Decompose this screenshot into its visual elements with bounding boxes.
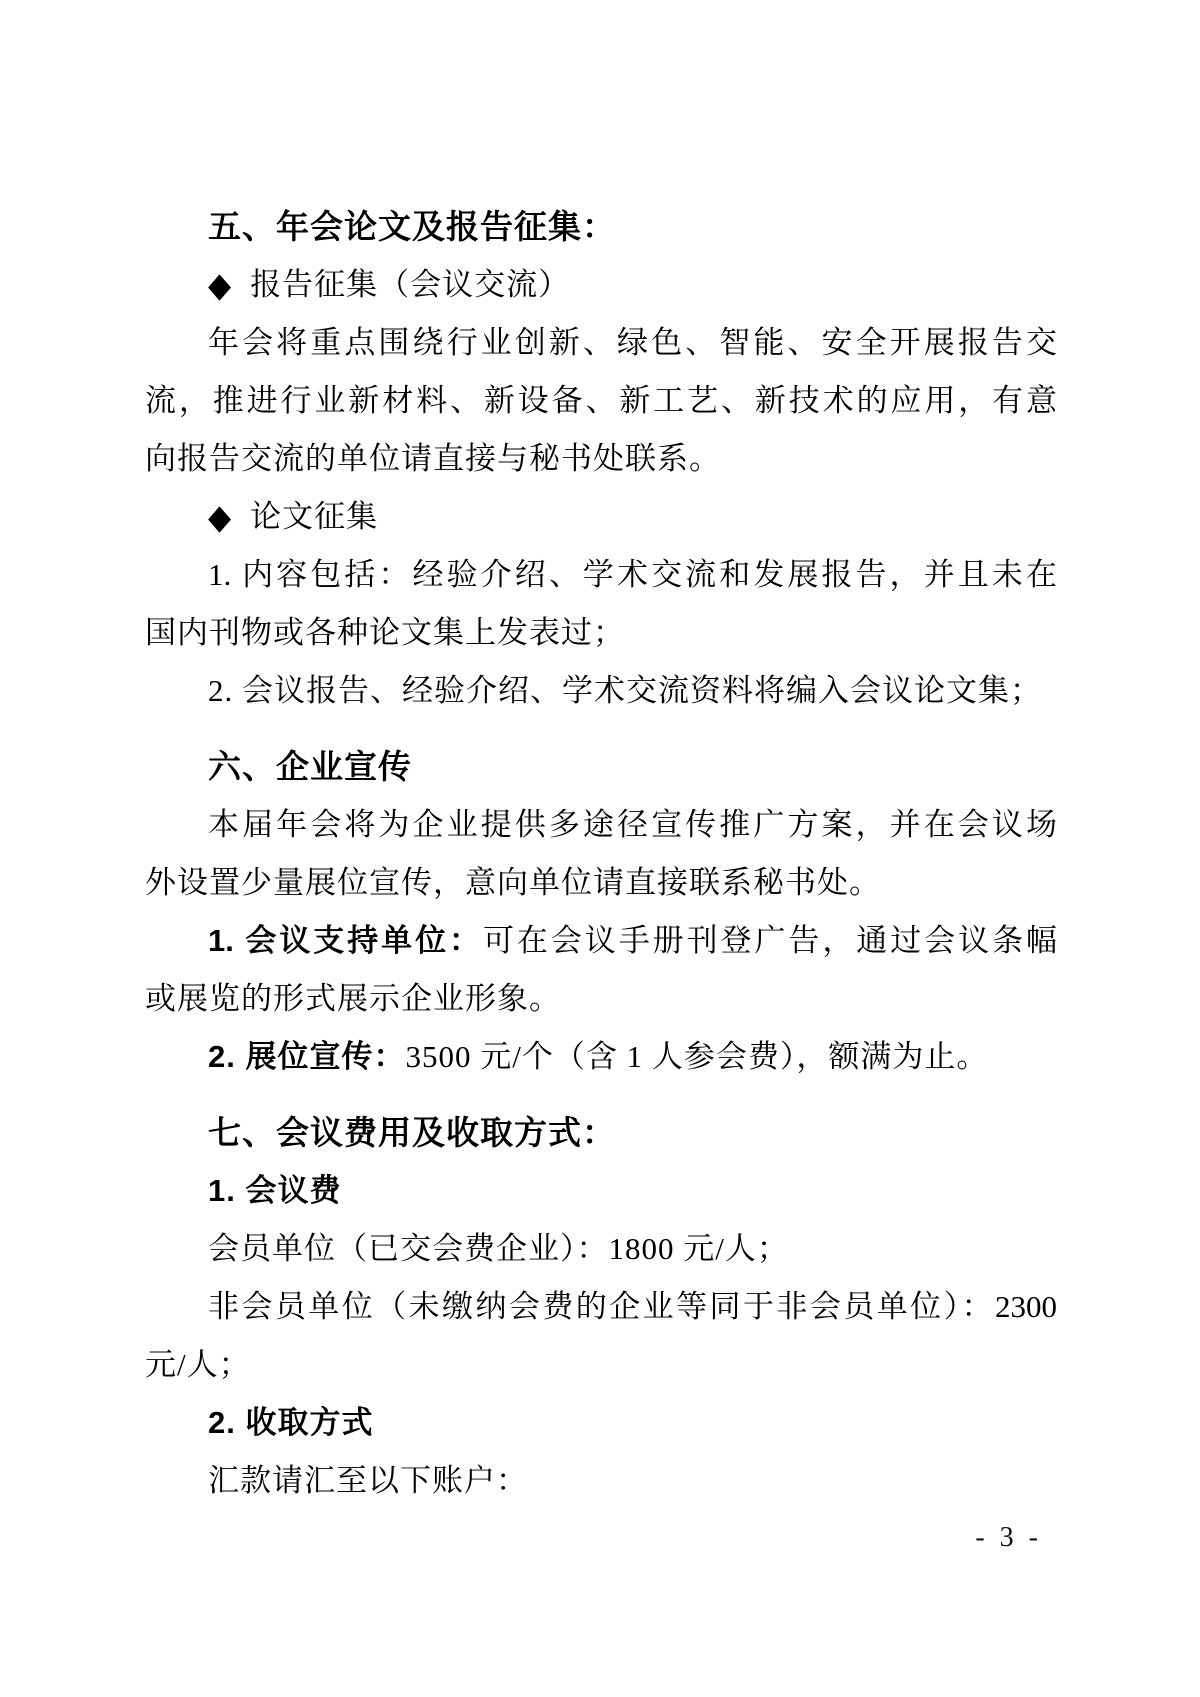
- line-text: 六、企业宣传: [208, 748, 412, 785]
- line-text: 向报告交流的单位请直接与秘书处联系。: [145, 441, 721, 476]
- line-text: 可在会议手册刊登广告，通过会议条幅: [483, 923, 1057, 958]
- line-label: 1. 会议支持单位：: [208, 923, 483, 958]
- line-text: 1. 内容包括：经验介绍、学术交流和发展报告，并且未在: [208, 557, 1057, 592]
- document-line: 七、会议费用及收取方式：: [145, 1104, 1057, 1162]
- line-text: 七、会议费用及收取方式：: [208, 1114, 616, 1151]
- diamond-bullet-icon: ◆: [208, 253, 232, 320]
- line-text: 3500 元/个（含 1 人参会费），额满为止。: [405, 1039, 988, 1074]
- line-text: 非会员单位（未缴纳会费的企业等同于非会员单位）：2300: [208, 1289, 1057, 1324]
- document-line: 会员单位（已交会费企业）：1800 元/人；: [145, 1220, 1057, 1278]
- document-line: 1. 内容包括：经验介绍、学术交流和发展报告，并且未在: [145, 546, 1057, 604]
- line-text: 汇款请汇至以下账户：: [208, 1463, 528, 1498]
- document-line: 五、年会论文及报告征集：: [145, 198, 1057, 256]
- document-line: 2. 展位宣传：3500 元/个（含 1 人参会费），额满为止。: [145, 1028, 1057, 1086]
- document-line: 年会将重点围绕行业创新、绿色、智能、安全开展报告交: [145, 314, 1057, 372]
- document-line: 非会员单位（未缴纳会费的企业等同于非会员单位）：2300: [145, 1278, 1057, 1336]
- diamond-bullet-icon: ◆: [208, 485, 232, 552]
- line-text: 国内刊物或各种论文集上发表过；: [145, 615, 625, 650]
- document-line: 或展览的形式展示企业形象。: [145, 970, 1057, 1028]
- line-text: 2. 会议报告、经验介绍、学术交流资料将编入会议论文集；: [208, 673, 1042, 708]
- page-number: - 3 -: [975, 1522, 1042, 1554]
- line-text: 2. 收取方式: [208, 1405, 373, 1440]
- line-text: 流，推进行业新材料、新设备、新工艺、新技术的应用，有意: [145, 383, 1057, 418]
- document-line: 1. 会议支持单位：可在会议手册刊登广告，通过会议条幅: [145, 912, 1057, 970]
- line-text: 会员单位（已交会费企业）：1800 元/人；: [208, 1231, 789, 1266]
- line-text: 论文征集: [250, 499, 378, 534]
- document-line: 流，推进行业新材料、新设备、新工艺、新技术的应用，有意: [145, 372, 1057, 430]
- document-page: 五、年会论文及报告征集：◆报告征集（会议交流）年会将重点围绕行业创新、绿色、智能…: [0, 0, 1200, 1697]
- document-line: 国内刊物或各种论文集上发表过；: [145, 604, 1057, 662]
- document-line: 六、企业宣传: [145, 738, 1057, 796]
- line-text: 本届年会将为企业提供多途径宣传推广方案，并在会议场: [208, 807, 1057, 842]
- line-text: 五、年会论文及报告征集：: [208, 208, 616, 245]
- document-line: 本届年会将为企业提供多途径宣传推广方案，并在会议场: [145, 796, 1057, 854]
- line-label: 2. 展位宣传：: [208, 1039, 405, 1074]
- document-line: 外设置少量展位宣传，意向单位请直接联系秘书处。: [145, 854, 1057, 912]
- line-text: 报告征集（会议交流）: [250, 267, 570, 302]
- document-line: ◆报告征集（会议交流）: [145, 256, 1057, 314]
- line-text: 元/人；: [145, 1347, 251, 1382]
- document-line: 向报告交流的单位请直接与秘书处联系。: [145, 430, 1057, 488]
- document-line: 汇款请汇至以下账户：: [145, 1452, 1057, 1510]
- line-text: 或展览的形式展示企业形象。: [145, 981, 561, 1016]
- document-line: 2. 收取方式: [145, 1394, 1057, 1452]
- document-line: ◆论文征集: [145, 488, 1057, 546]
- line-text: 年会将重点围绕行业创新、绿色、智能、安全开展报告交: [208, 325, 1057, 360]
- document-line: 1. 会议费: [145, 1162, 1057, 1220]
- document-line: 2. 会议报告、经验介绍、学术交流资料将编入会议论文集；: [145, 662, 1057, 720]
- document-line: 元/人；: [145, 1336, 1057, 1394]
- line-text: 外设置少量展位宣传，意向单位请直接联系秘书处。: [145, 865, 881, 900]
- document-body: 五、年会论文及报告征集：◆报告征集（会议交流）年会将重点围绕行业创新、绿色、智能…: [145, 198, 1057, 1510]
- line-text: 1. 会议费: [208, 1173, 341, 1208]
